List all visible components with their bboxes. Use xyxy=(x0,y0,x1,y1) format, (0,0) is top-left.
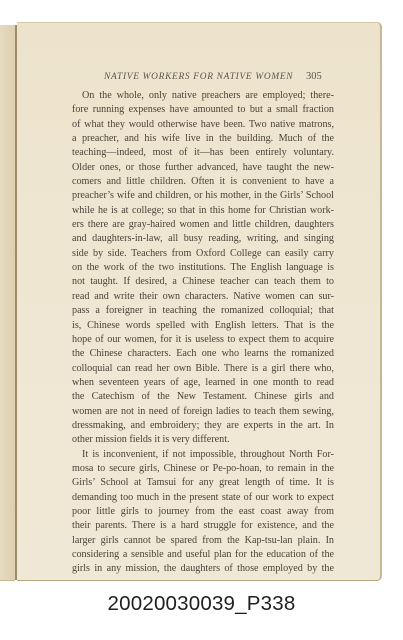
text-line: side by side. Teachers from Oxford Colle… xyxy=(72,247,334,261)
archive-id-caption: 20020030039_P338 xyxy=(0,592,403,616)
running-head: NATIVE WORKERS FOR NATIVE WOMEN xyxy=(104,72,293,82)
text-line: their parents. There is a hard struggle … xyxy=(72,519,334,533)
body-text: On the whole, only native preachers are … xyxy=(72,89,334,577)
paragraph-1: On the whole, only native preachers are … xyxy=(72,89,334,448)
book-page: NATIVE WORKERS FOR NATIVE WOMEN 305 On t… xyxy=(17,22,382,581)
text-line: the Chinese characters. Each one who lea… xyxy=(72,347,334,361)
text-line: not taught. If desired, a Chinese teache… xyxy=(72,275,334,289)
text-line: is, Chinese words spelled with English l… xyxy=(72,319,334,333)
text-line: on the work of the two institutions. The… xyxy=(72,261,334,275)
facing-page-edge xyxy=(0,25,15,581)
text-line: a preacher, and his wife live in the bui… xyxy=(72,132,334,146)
text-line: while he is at college; so that in this … xyxy=(72,204,334,218)
text-line: On the whole, only native preachers are … xyxy=(72,89,334,103)
paragraph-2: It is inconvenient, if not impossible, t… xyxy=(72,448,334,577)
text-line: when seventeen years of age, learned in … xyxy=(72,376,334,390)
text-line: of what they would otherwise have been. … xyxy=(72,118,334,132)
text-line: and daughters-in-law, all busy reading, … xyxy=(72,232,334,246)
text-line: teaching—indeed, most of it—has been ent… xyxy=(72,146,334,160)
page-header: NATIVE WORKERS FOR NATIVE WOMEN 305 xyxy=(17,72,380,86)
text-line: the Catechism of the New Testament. Chin… xyxy=(72,390,334,404)
text-line: dressmaking, and embroidery; they are ex… xyxy=(72,419,334,433)
text-line: mosa to secure girls, Chinese or Pe-po-h… xyxy=(72,462,334,476)
text-line: preacher’s wife and children, or his mot… xyxy=(72,189,334,203)
text-line: read and write their own characters. Nat… xyxy=(72,290,334,304)
text-line: ers there are gray-haired women and litt… xyxy=(72,218,334,232)
text-line: Older ones, or those further advanced, h… xyxy=(72,161,334,175)
page-number: 305 xyxy=(306,71,322,82)
text-line: fore running expenses have amounted to b… xyxy=(72,103,334,117)
text-line: poor little girls to journey from the ea… xyxy=(72,505,334,519)
text-line: other mission fields it is very differen… xyxy=(72,433,334,447)
text-line: women are not in need of foreign ladies … xyxy=(72,405,334,419)
text-line: Girls’ School at Tamsui for any great le… xyxy=(72,476,334,490)
book-scan: NATIVE WORKERS FOR NATIVE WOMEN 305 On t… xyxy=(0,22,382,582)
text-line: demanding too much in the present state … xyxy=(72,491,334,505)
text-line: larger girls cannot be spared from the K… xyxy=(72,534,334,548)
text-line: pass a foreigner in teaching the romaniz… xyxy=(72,304,334,318)
text-line: It is inconvenient, if not impossible, t… xyxy=(72,448,334,462)
text-line: girls in any mission, the daughters of t… xyxy=(72,562,334,576)
text-line: considering a sensible and useful plan f… xyxy=(72,548,334,562)
text-line: hope of our women, for it is useless to … xyxy=(72,333,334,347)
text-line: comers and little children. Often it is … xyxy=(72,175,334,189)
text-line: colloquial can read her own Bible. There… xyxy=(72,362,334,376)
